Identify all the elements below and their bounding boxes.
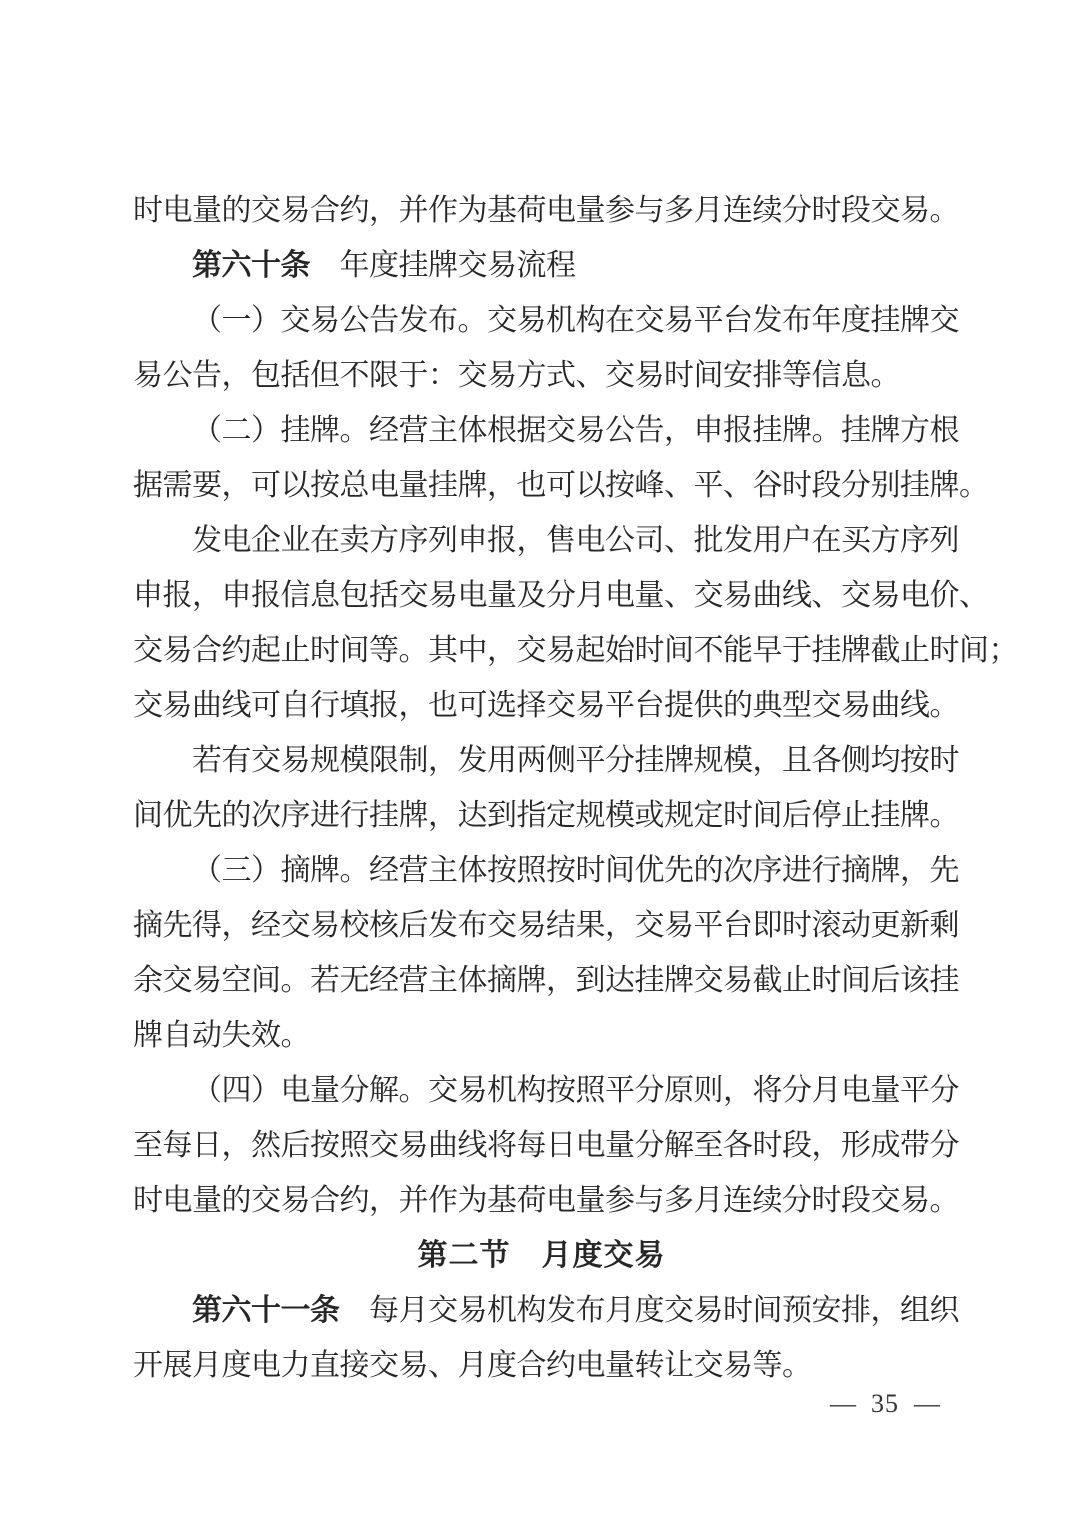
text-line: 时电量的交易合约，并作为基荷电量参与多月连续分时段交易。 [133, 183, 950, 238]
page-number-dash-left: — [830, 1386, 856, 1422]
text-line: 开展月度电力直接交易、月度合约电量转让交易等。 [133, 1338, 950, 1393]
line-text: 摘先得，经交易校核后发布交易结果，交易平台即时滚动更新剩 [133, 909, 959, 942]
text-line: 余交易空间。若无经营主体摘牌，到达挂牌交易截止时间后该挂 [133, 953, 950, 1008]
line-text: （一）交易公告发布。交易机构在交易平台发布年度挂牌交 [192, 304, 959, 337]
text-line: 至每日，然后按照交易曲线将每日电量分解至各时段，形成带分 [133, 1118, 950, 1173]
line-text: 余交易空间。若无经营主体摘牌，到达挂牌交易截止时间后该挂 [133, 964, 959, 997]
text-line: 交易曲线可自行填报，也可选择交易平台提供的典型交易曲线。 [133, 678, 950, 733]
page-number: — 35 — [830, 1386, 940, 1422]
text-line: （四）电量分解。交易机构按照平分原则，将分月电量平分 [133, 1063, 950, 1118]
text-line: 交易合约起止时间等。其中，交易起始时间不能早于挂牌截止时间； [133, 623, 950, 678]
article-number-label: 第六十条 [192, 249, 310, 282]
text-line: （二）挂牌。经营主体根据交易公告，申报挂牌。挂牌方根 [133, 403, 950, 458]
text-line: （三）摘牌。经营主体按照按时间优先的次序进行摘牌，先 [133, 843, 950, 898]
text-line: 摘先得，经交易校核后发布交易结果，交易平台即时滚动更新剩 [133, 898, 950, 953]
article-heading-line: 第六十条 年度挂牌交易流程 [133, 238, 950, 293]
line-text: 发电企业在卖方序列申报，售电公司、批发用户在买方序列 [192, 524, 959, 557]
line-text: 交易曲线可自行填报，也可选择交易平台提供的典型交易曲线。 [133, 689, 959, 722]
document-page: 时电量的交易合约，并作为基荷电量参与多月连续分时段交易。 第六十条 年度挂牌交易… [0, 0, 1080, 1527]
line-text: 若有交易规模限制，发用两侧平分挂牌规模，且各侧均按时 [192, 744, 959, 777]
line-text: 至每日，然后按照交易曲线将每日电量分解至各时段，形成带分 [133, 1129, 959, 1162]
line-text: （三）摘牌。经营主体按照按时间优先的次序进行摘牌，先 [192, 854, 959, 887]
text-line: 间优先的次序进行挂牌，达到指定规模或规定时间后停止挂牌。 [133, 788, 950, 843]
page-number-dash-right: — [914, 1386, 940, 1422]
text-line: 牌自动失效。 [133, 1008, 950, 1063]
line-text: （四）电量分解。交易机构按照平分原则，将分月电量平分 [192, 1074, 959, 1107]
text-line: 时电量的交易合约，并作为基荷电量参与多月连续分时段交易。 [133, 1173, 950, 1228]
article-heading-line: 第六十一条 每月交易机构发布月度交易时间预安排，组织 [133, 1283, 950, 1338]
article-number-label: 第六十一条 [192, 1294, 340, 1327]
section-heading: 第二节 月度交易 [133, 1228, 950, 1283]
text-line: 申报，申报信息包括交易电量及分月电量、交易曲线、交易电价、 [133, 568, 950, 623]
line-text: 交易合约起止时间等。其中，交易起始时间不能早于挂牌截止时间； [133, 634, 1018, 667]
line-text: 间优先的次序进行挂牌，达到指定规模或规定时间后停止挂牌。 [133, 799, 959, 832]
line-text: 年度挂牌交易流程 [310, 249, 576, 282]
document-body: 时电量的交易合约，并作为基荷电量参与多月连续分时段交易。 第六十条 年度挂牌交易… [133, 183, 950, 1393]
line-text: 每月交易机构发布月度交易时间预安排，组织 [340, 1294, 960, 1327]
text-line: 据需要，可以按总电量挂牌，也可以按峰、平、谷时段分别挂牌。 [133, 458, 950, 513]
line-text: 易公告，包括但不限于：交易方式、交易时间安排等信息。 [133, 359, 900, 392]
text-line: 易公告，包括但不限于：交易方式、交易时间安排等信息。 [133, 348, 950, 403]
text-line: 发电企业在卖方序列申报，售电公司、批发用户在买方序列 [133, 513, 950, 568]
line-text: 时电量的交易合约，并作为基荷电量参与多月连续分时段交易。 [133, 194, 959, 227]
line-text: 开展月度电力直接交易、月度合约电量转让交易等。 [133, 1349, 812, 1382]
line-text: 牌自动失效。 [133, 1019, 310, 1052]
text-line: 若有交易规模限制，发用两侧平分挂牌规模，且各侧均按时 [133, 733, 950, 788]
page-number-value: 35 [871, 1386, 899, 1422]
text-line: （一）交易公告发布。交易机构在交易平台发布年度挂牌交 [133, 293, 950, 348]
line-text: （二）挂牌。经营主体根据交易公告，申报挂牌。挂牌方根 [192, 414, 959, 447]
line-text: 时电量的交易合约，并作为基荷电量参与多月连续分时段交易。 [133, 1184, 959, 1217]
line-text: 据需要，可以按总电量挂牌，也可以按峰、平、谷时段分别挂牌。 [133, 469, 989, 502]
line-text: 申报，申报信息包括交易电量及分月电量、交易曲线、交易电价、 [133, 579, 989, 612]
section-heading-label: 第二节 月度交易 [418, 1239, 666, 1272]
